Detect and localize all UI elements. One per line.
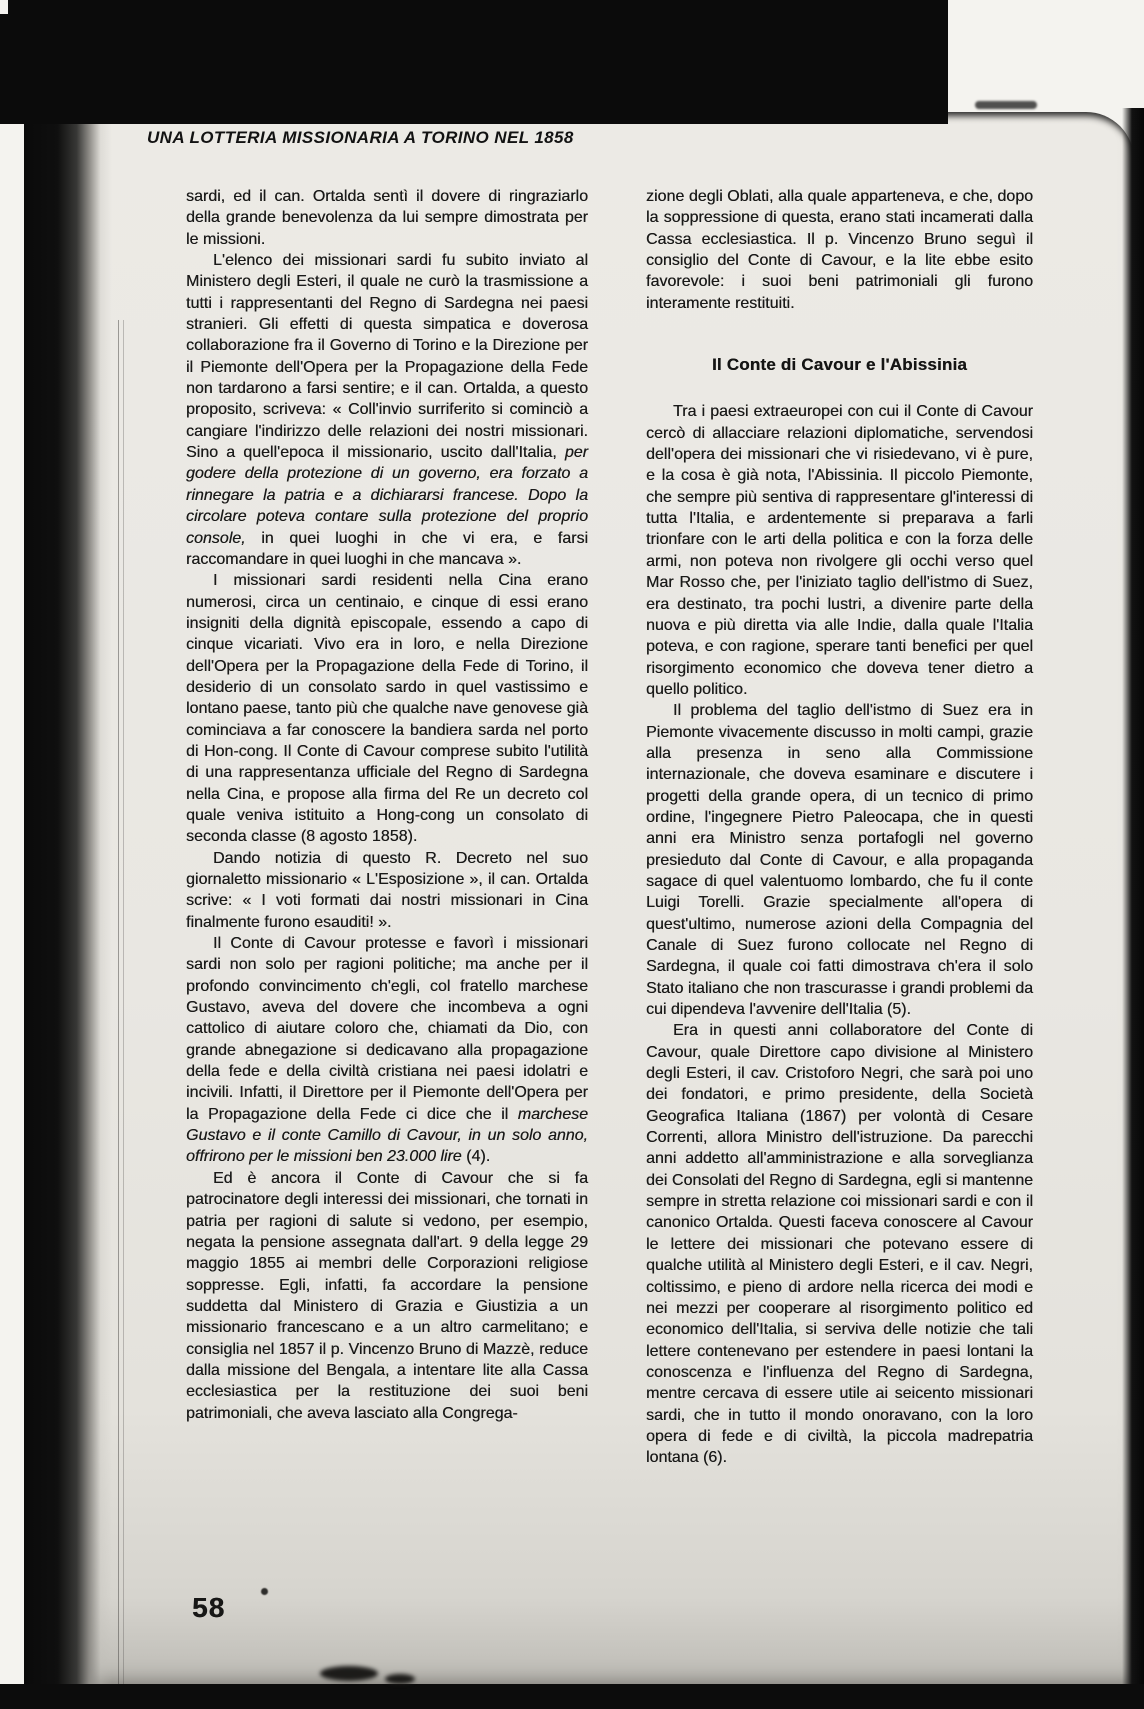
ink-smudge xyxy=(320,1666,378,1681)
ink-speck xyxy=(261,1588,268,1595)
gutter-line xyxy=(118,320,119,1684)
paragraph: L'elenco dei missionari sardi fu subito … xyxy=(186,250,588,570)
scan-smudge xyxy=(975,101,1037,109)
paragraph: zione degli Oblati, alla quale appartene… xyxy=(646,186,1033,314)
scan-right-edge xyxy=(1122,108,1144,1709)
paragraph: Il problema del taglio dell'istmo di Sue… xyxy=(646,700,1033,1020)
section-heading: Il Conte di Cavour e l'Abissinia xyxy=(646,354,1033,375)
right-column: zione degli Oblati, alla quale appartene… xyxy=(646,186,1033,1469)
paragraph: Era in questi anni collaboratore del Con… xyxy=(646,1020,1033,1468)
paragraph: Ed è ancora il Conte di Cavour che si fa… xyxy=(186,1168,588,1424)
paragraph: sardi, ed il can. Ortalda sentì il dover… xyxy=(186,186,588,250)
scanner-black-band xyxy=(0,0,948,124)
right-column-top: zione degli Oblati, alla quale appartene… xyxy=(646,186,1033,314)
running-header: UNA LOTTERIA MISSIONARIA A TORINO NEL 18… xyxy=(147,128,847,148)
paragraph: Dando notizia di questo R. Decreto nel s… xyxy=(186,848,588,933)
scan-corner-notch xyxy=(0,0,8,14)
scanned-book-page: UNA LOTTERIA MISSIONARIA A TORINO NEL 18… xyxy=(0,0,1144,1709)
binding-gutter-shadow xyxy=(24,112,112,1692)
scan-bottom-edge xyxy=(0,1684,1144,1709)
gutter-line xyxy=(123,320,124,1684)
paragraph: Tra i paesi extraeuropei con cui il Cont… xyxy=(646,401,1033,700)
left-column: sardi, ed il can. Ortalda sentì il dover… xyxy=(186,186,588,1424)
paragraph: Il Conte di Cavour protesse e favorì i m… xyxy=(186,933,588,1168)
paragraph: I missionari sardi residenti nella Cina … xyxy=(186,570,588,847)
ink-smudge xyxy=(385,1674,415,1684)
page-number: 58 xyxy=(192,1592,225,1624)
right-column-bottom: Tra i paesi extraeuropei con cui il Cont… xyxy=(646,401,1033,1468)
